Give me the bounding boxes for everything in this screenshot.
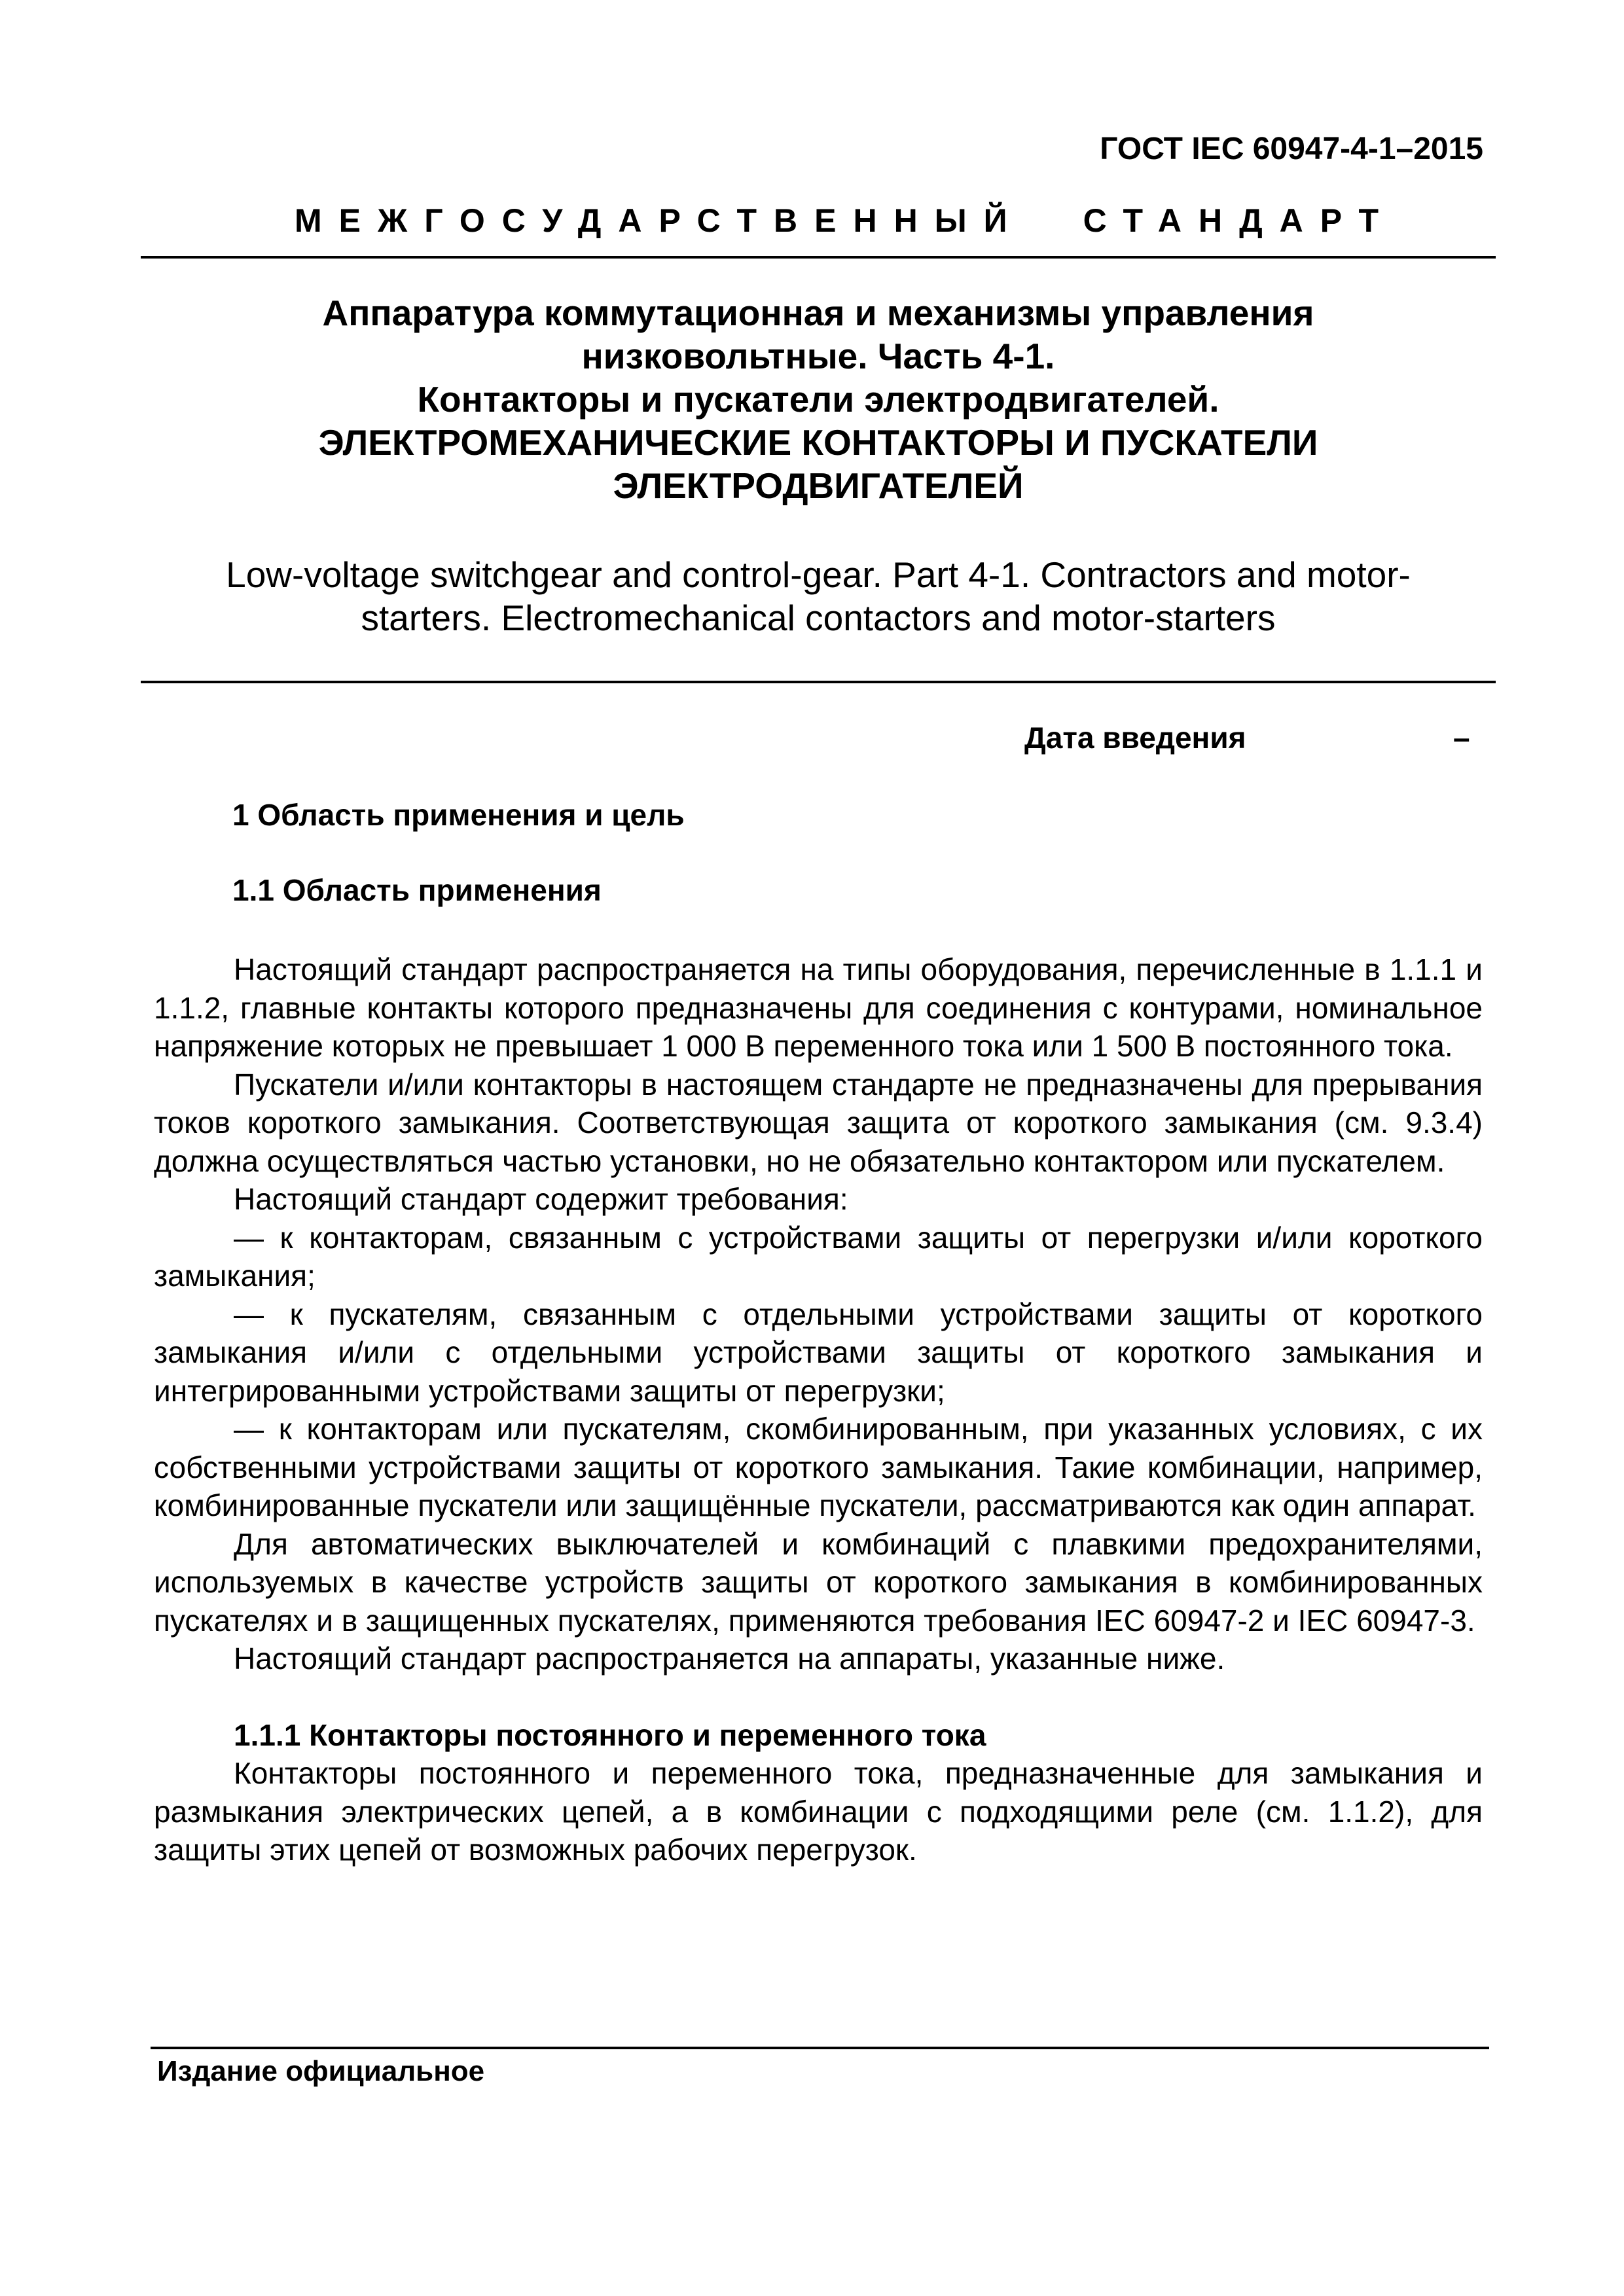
intro-date-value: – <box>1453 720 1470 755</box>
paragraph: Настоящий стандарт распространяется на т… <box>154 950 1483 1066</box>
section-1-1-heading: 1.1 Область применения <box>232 872 602 908</box>
title-line: Аппаратура коммутационная и механизмы уп… <box>141 291 1496 334</box>
paragraph: Настоящий стандарт содержит требования: <box>154 1180 1483 1219</box>
list-item: — к пускателям, связанным с отдельными у… <box>154 1295 1483 1410</box>
paragraph: Контакторы постоянного и переменного ток… <box>154 1754 1483 1869</box>
standard-type-word1: МЕЖГОСУДАРСТВЕННЫЙ <box>295 202 1024 239</box>
official-edition-label: Издание официальное <box>157 2055 484 2088</box>
top-divider <box>141 256 1496 259</box>
english-title-line: Low-voltage switchgear and control-gear.… <box>141 553 1496 596</box>
intro-date-label: Дата введения <box>1024 720 1246 755</box>
english-title: Low-voltage switchgear and control-gear.… <box>141 553 1496 639</box>
standard-type: МЕЖГОСУДАРСТВЕННЫЙСТАНДАРТ <box>295 202 1396 240</box>
paragraph: Для автоматических выключателей и комбин… <box>154 1525 1483 1640</box>
title-divider <box>141 681 1496 683</box>
paragraph: Пускатели и/или контакторы в настоящем с… <box>154 1066 1483 1181</box>
footer-divider <box>151 2047 1489 2049</box>
russian-title: Аппаратура коммутационная и механизмы уп… <box>141 291 1496 507</box>
title-line: ЭЛЕКТРОДВИГАТЕЛЕЙ <box>141 464 1496 507</box>
title-line: ЭЛЕКТРОМЕХАНИЧЕСКИЕ КОНТАКТОРЫ И ПУСКАТЕ… <box>141 421 1496 464</box>
document-number: ГОСТ IEC 60947-4-1–2015 <box>1100 131 1483 167</box>
section-1-heading: 1 Область применения и цель <box>232 797 685 833</box>
standard-type-word2: СТАНДАРТ <box>1083 202 1396 239</box>
title-line: Контакторы и пускатели электродвигателей… <box>141 378 1496 421</box>
title-line: низковольтные. Часть 4-1. <box>141 334 1496 378</box>
paragraph: Настоящий стандарт распространяется на а… <box>154 1640 1483 1678</box>
list-item: — к контакторам, связанным с устройствам… <box>154 1219 1483 1295</box>
english-title-line: starters. Electromechanical contactors a… <box>141 596 1496 639</box>
body-text: Настоящий стандарт распространяется на т… <box>154 950 1483 1869</box>
section-1-1-1-heading: 1.1.1 Контакторы постоянного и переменно… <box>154 1716 1483 1755</box>
list-item: — к контакторам или пускателям, скомбини… <box>154 1410 1483 1525</box>
